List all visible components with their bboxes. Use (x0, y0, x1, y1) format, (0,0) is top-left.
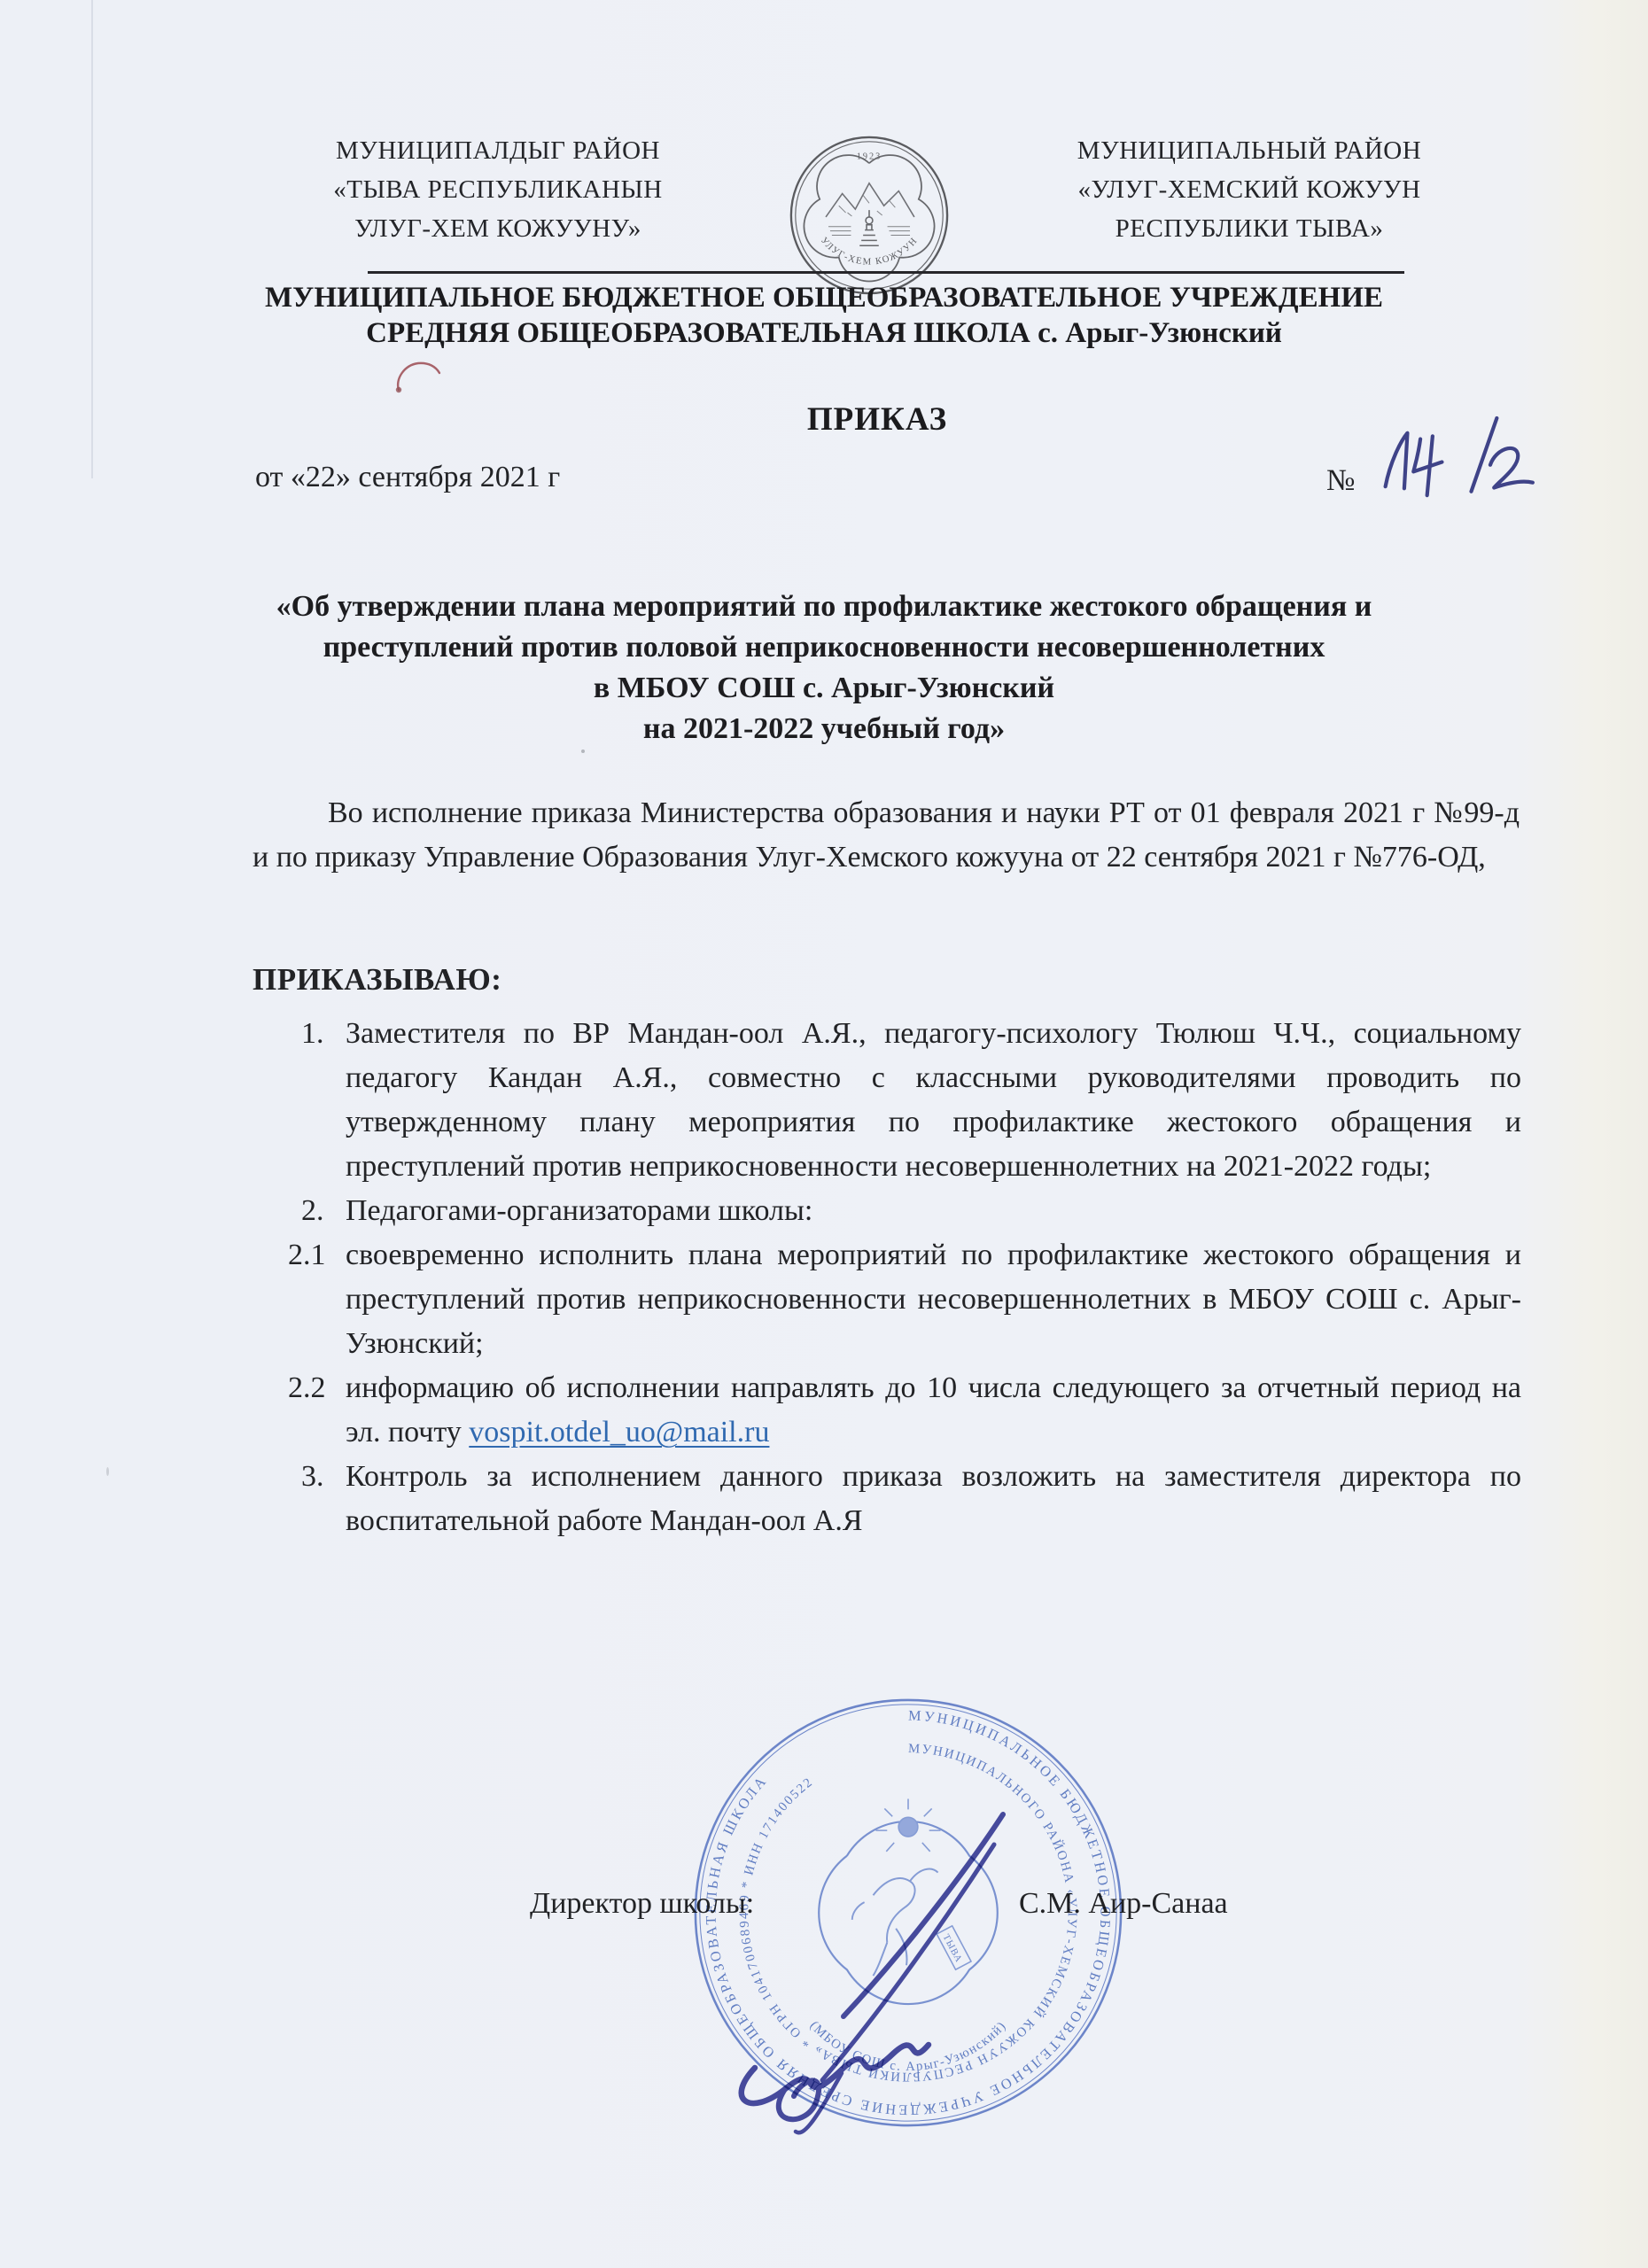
order-title-line: в МБОУ СОШ с. Арыг-Узюнский (151, 668, 1497, 709)
doc-type-title: ПРИКАЗ (222, 400, 1533, 439)
header-left-org-line: «ТЫВА РЕСПУБЛИКАНЫН (294, 170, 702, 209)
stamp-banner: ТЫВА (937, 1926, 971, 1969)
list-item-text: Контроль за исполнением данного приказа … (346, 1455, 1521, 1543)
scan-speck (581, 750, 585, 753)
header-right-org-line: «УЛУГ-ХЕМСКИЙ КОЖУУН (1041, 170, 1458, 209)
list-item: 2. Педагогами-организаторами школы: (253, 1189, 1521, 1233)
signature-name: С.М. Аир-Санаа (1019, 1887, 1228, 1921)
org-name-line2: СРЕДНЯЯ ОБЩЕОБРАЗОВАТЕЛЬНАЯ ШКОЛА с. Ары… (177, 315, 1471, 351)
list-item-text: Заместителя по ВР Мандан-оол А.Я., педаг… (346, 1012, 1521, 1189)
header-divider (368, 271, 1404, 274)
header-right-org-line: МУНИЦИПАЛЬНЫЙ РАЙОН (1041, 131, 1458, 170)
stamp-bottom-arc-text: (МБОУ СОШ с. Арыг-Узюнский) (807, 2019, 1010, 2075)
stamp-quatrefoil (819, 1821, 998, 2004)
signature-role: Директор школы: (530, 1887, 754, 1921)
emblem-stupa-icon (859, 210, 879, 245)
order-number-label: № (1326, 464, 1355, 498)
header-left-org-line: МУНИЦИПАЛДЫГ РАЙОН (294, 131, 702, 170)
list-item: 2.2 информацию об исполнении направлять … (253, 1366, 1521, 1455)
list-item-marker: 3. (253, 1455, 346, 1499)
order-title-line: на 2021-2022 учебный год» (151, 709, 1497, 750)
list-item-marker: 2.1 (253, 1233, 346, 1278)
stamp-rider-figure (852, 1869, 938, 1977)
directive-list: 1. Заместителя по ВР Мандан-оол А.Я., пе… (253, 1012, 1521, 1543)
order-title-line: преступлений против половой неприкоснове… (151, 627, 1497, 668)
header-left-org-line: УЛУГ-ХЕМ КОЖУУНУ» (294, 209, 702, 248)
director-signature (709, 1788, 1028, 2142)
order-title: «Об утверждении плана мероприятий по про… (151, 586, 1497, 750)
stamp-sun-icon (875, 1799, 940, 1852)
list-item-text: своевременно исполнить плана мероприятий… (346, 1233, 1521, 1366)
order-date: от «22» сентября 2021 г (255, 461, 560, 494)
svg-text:(МБОУ СОШ с. Арыг-Узюнский): (МБОУ СОШ с. Арыг-Узюнский) (807, 2019, 1010, 2075)
list-item-marker: 2.2 (253, 1366, 346, 1410)
list-item-text: информацию об исполнении направлять до 1… (346, 1366, 1521, 1455)
org-name-line1: МУНИЦИПАЛЬНОЕ БЮДЖЕТНОЕ ОБЩЕОБРАЗОВАТЕЛЬ… (177, 280, 1471, 315)
header-left-org: МУНИЦИПАЛДЫГ РАЙОН «ТЫВА РЕСПУБЛИКАНЫН У… (294, 131, 702, 248)
list-item: 2.1 своевременно исполнить плана меропри… (253, 1233, 1521, 1366)
list-item-text: Педагогами-организаторами школы: (346, 1189, 1521, 1233)
resolution-word: ПРИКАЗЫВАЮ: (253, 962, 501, 998)
handwritten-order-number (1360, 401, 1556, 532)
red-pen-mark (388, 353, 450, 397)
header-right-org: МУНИЦИПАЛЬНЫЙ РАЙОН «УЛУГ-ХЕМСКИЙ КОЖУУН… (1041, 131, 1458, 248)
order-preamble: Во исполнение приказа Министерства образ… (253, 791, 1520, 880)
stamp-center-label: ТЫВА (941, 1932, 965, 1964)
list-item-marker: 1. (253, 1012, 346, 1056)
header-right-org-line: РЕСПУБЛИКИ ТЫВА» (1041, 209, 1458, 248)
order-title-line: «Об утверждении плана мероприятий по про… (151, 586, 1497, 627)
scanned-order-document: МУНИЦИПАЛДЫГ РАЙОН «ТЫВА РЕСПУБЛИКАНЫН У… (0, 0, 1648, 2268)
emblem-year: 1923 (857, 151, 882, 161)
list-item: 1. Заместителя по ВР Мандан-оол А.Я., пе… (253, 1012, 1521, 1189)
list-item-marker: 2. (253, 1189, 346, 1233)
scan-speck (106, 1467, 109, 1476)
email-link[interactable]: vospit.otdel_uo@mail.ru (469, 1416, 769, 1449)
list-item: 3. Контроль за исполнением данного прика… (253, 1455, 1521, 1543)
